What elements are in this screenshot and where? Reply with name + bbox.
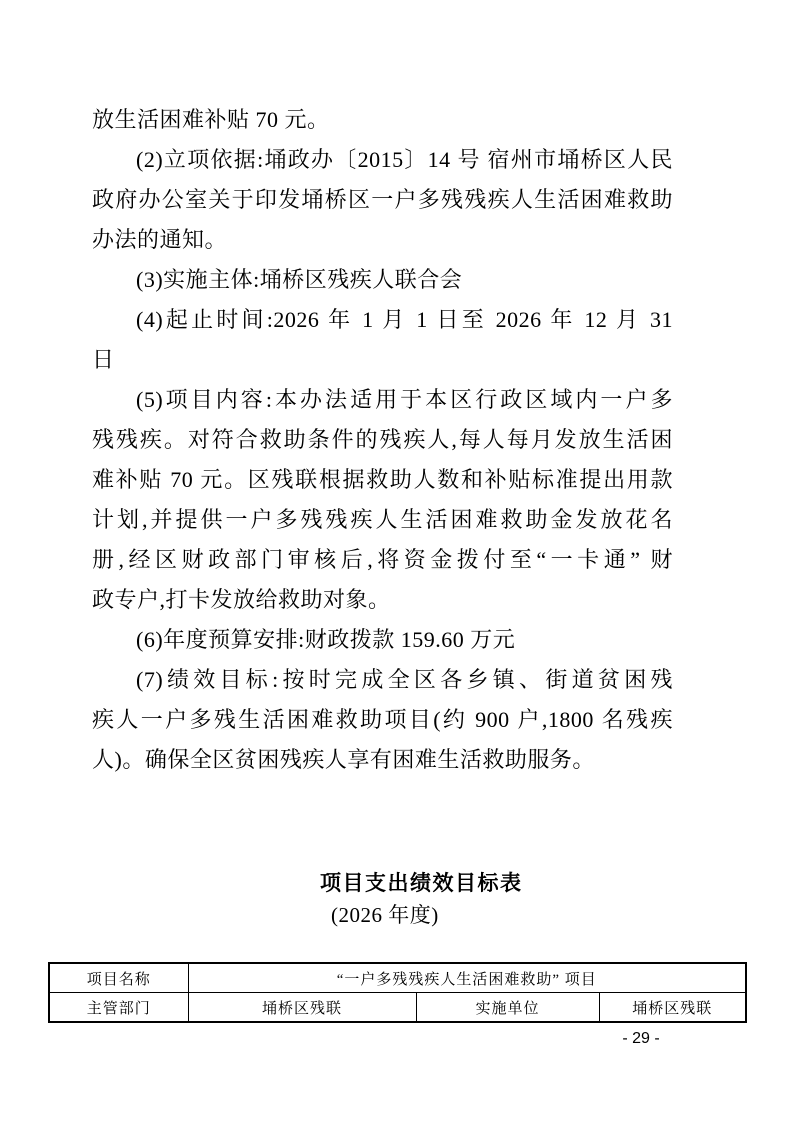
page-number: - 29 - <box>608 1030 674 1048</box>
section-subtitle: (2026 年度) <box>331 901 439 929</box>
body-line: 日 <box>92 340 673 380</box>
body-line: (7)绩效目标:按时完成全区各乡镇、街道贫困残 <box>92 660 673 700</box>
body-line: (2)立项依据:埇政办〔2015〕14 号 宿州市埇桥区人民 <box>92 140 673 180</box>
body-line: 疾人一户多残生活困难救助项目(约 900 户,1800 名残疾 <box>92 700 673 740</box>
body-text-block: 放生活困难补贴 70 元。 (2)立项依据:埇政办〔2015〕14 号 宿州市埇… <box>92 100 673 780</box>
body-line: 计划,并提供一户多残残疾人生活困难救助金发放花名 <box>92 500 673 540</box>
body-line: 难补贴 70 元。区残联根据救助人数和补贴标准提出用款 <box>92 460 673 500</box>
body-line: 册,经区财政部门审核后,将资金拨付至“一卡通” 财 <box>92 540 673 580</box>
supervising-dept-value: 埇桥区残联 <box>188 993 416 1023</box>
section-title: 项目支出绩效目标表 <box>320 869 523 897</box>
body-line: (5)项目内容:本办法适用于本区行政区域内一户多 <box>92 380 673 420</box>
body-line: 办法的通知。 <box>92 220 673 260</box>
body-line: 人)。确保全区贫困残疾人享有困难生活救助服务。 <box>92 740 673 780</box>
performance-target-table: 项目名称 “一户多残残疾人生活困难救助” 项目 主管部门 埇桥区残联 实施单位 … <box>48 962 747 1023</box>
implementing-unit-value: 埇桥区残联 <box>599 993 746 1023</box>
project-name-value: “一户多残残疾人生活困难救助” 项目 <box>188 963 746 993</box>
body-line: (6)年度预算安排:财政拨款 159.60 万元 <box>92 620 673 660</box>
body-line: 政府办公室关于印发埇桥区一户多残残疾人生活困难救助实放 <box>92 180 673 220</box>
implementing-unit-label: 实施单位 <box>416 993 599 1023</box>
table-row-departments: 主管部门 埇桥区残联 实施单位 埇桥区残联 <box>49 993 746 1023</box>
table-row-project-name: 项目名称 “一户多残残疾人生活困难救助” 项目 <box>49 963 746 993</box>
body-line: 政专户,打卡发放给救助对象。 <box>92 580 673 620</box>
body-line: (3)实施主体:埇桥区残疾人联合会 <box>92 260 673 300</box>
body-line: 残残疾。对符合救助条件的残疾人,每人每月发放生活困 <box>92 420 673 460</box>
supervising-dept-label: 主管部门 <box>49 993 188 1023</box>
project-name-label: 项目名称 <box>49 963 188 993</box>
body-line: 放生活困难补贴 70 元。 <box>92 100 673 140</box>
document-page: 放生活困难补贴 70 元。 (2)立项依据:埇政办〔2015〕14 号 宿州市埇… <box>0 0 793 1122</box>
body-line: (4)起止时间:2026 年 1 月 1 日至 2026 年 12 月 31 <box>92 300 673 340</box>
